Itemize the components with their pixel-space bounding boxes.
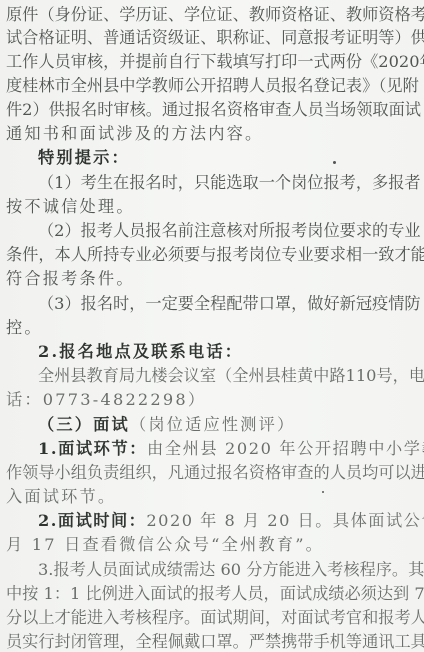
interview-score-line: 分以上才能进入考核程序。面试期间，对面试考官和报考人 — [6, 606, 418, 630]
interview-heading-note: （岗位适应性测评） — [130, 415, 296, 434]
location-phone-line: 话：0773-4822298） — [6, 388, 418, 412]
notice-2-line: 符合报考条件。 — [6, 267, 418, 291]
interview-score-line: 员实行封闭管理，全程佩戴口罩。严禁携带手机等通讯工具 — [6, 630, 418, 652]
notice-2-line: 条件，本人所持专业必须要与报考岗位专业要求相一致才能 — [6, 243, 418, 267]
notice-2-line: （2）报考人员报名前注意核对所报考岗位要求的专业 — [38, 219, 418, 243]
interview-time-line: 月 17 日查看微信公众号“全州教育”。 — [6, 533, 418, 557]
interview-time-line: 2.面试时间：2020 年 8 月 20 日。具体面试公告请于 8 — [38, 509, 418, 533]
speck — [322, 491, 324, 493]
text-line: 工作人员审核，并提前自行下载填写打印一式两份《2020年 — [6, 50, 418, 74]
interview-stage-line: 作领导小组负责组织，凡通过报名资格审查的人员均可以进 — [6, 461, 418, 485]
interview-section-heading: （三）面试（岗位适应性测评） — [38, 413, 418, 437]
interview-stage-text: 由全州县 2020 年公开招聘中小学教师工 — [147, 439, 424, 458]
text-line: 试合格证明、普通话资级证、职称证、同意报考证明等）供 — [6, 26, 418, 50]
text-line: 件2）供报名时审核。通过报名资格审查人员当场领取面试 — [6, 98, 418, 122]
location-line: 全州县教育局九楼会议室（全州县桂黄中路110号，电 — [38, 364, 418, 388]
interview-score-line: 中按 1：1 比例进入面试的报考人员，面试成绩必须达到 70 — [6, 582, 418, 606]
notice-3-line: 控。 — [6, 316, 418, 340]
location-heading: 2.报名地点及联系电话： — [38, 340, 418, 364]
interview-time-text: 2020 年 8 月 20 日。具体面试公告请于 8 — [146, 511, 424, 530]
notice-1-line: （1）考生在报名时，只能选取一个岗位报考，多报者 — [38, 171, 418, 195]
text-line: 通知书和面试涉及的方法内容。 — [6, 122, 418, 146]
interview-stage-line: 1.面试环节：由全州县 2020 年公开招聘中小学教师工 — [38, 437, 418, 461]
special-notice-heading: 特别提示： — [38, 146, 418, 170]
notice-1-line: 按不诚信处理。 — [6, 195, 418, 219]
notice-3-line: （3）报名时，一定要全程配带口罩，做好新冠疫情防 — [38, 292, 418, 316]
text-line: 原件（身份证、学历证、学位证、教师资格证、教师资格考 — [6, 3, 418, 27]
document-page: 原件（身份证、学历证、学位证、教师资格证、教师资格考 试合格证明、普通话资级证、… — [0, 0, 424, 652]
text-line: 度桂林市全州县中学教师公开招聘人员报名登记表》（见附 — [6, 74, 418, 98]
interview-stage-label: 1.面试环节： — [38, 439, 147, 458]
interview-heading-bold: （三）面试 — [38, 415, 130, 434]
interview-stage-line: 入面试环节。 — [6, 485, 418, 509]
speck — [333, 161, 336, 164]
interview-score-line: 3.报考人员面试成绩需达 60 分方能进入考核程序。其 — [38, 558, 418, 582]
interview-time-label: 2.面试时间： — [38, 511, 146, 530]
